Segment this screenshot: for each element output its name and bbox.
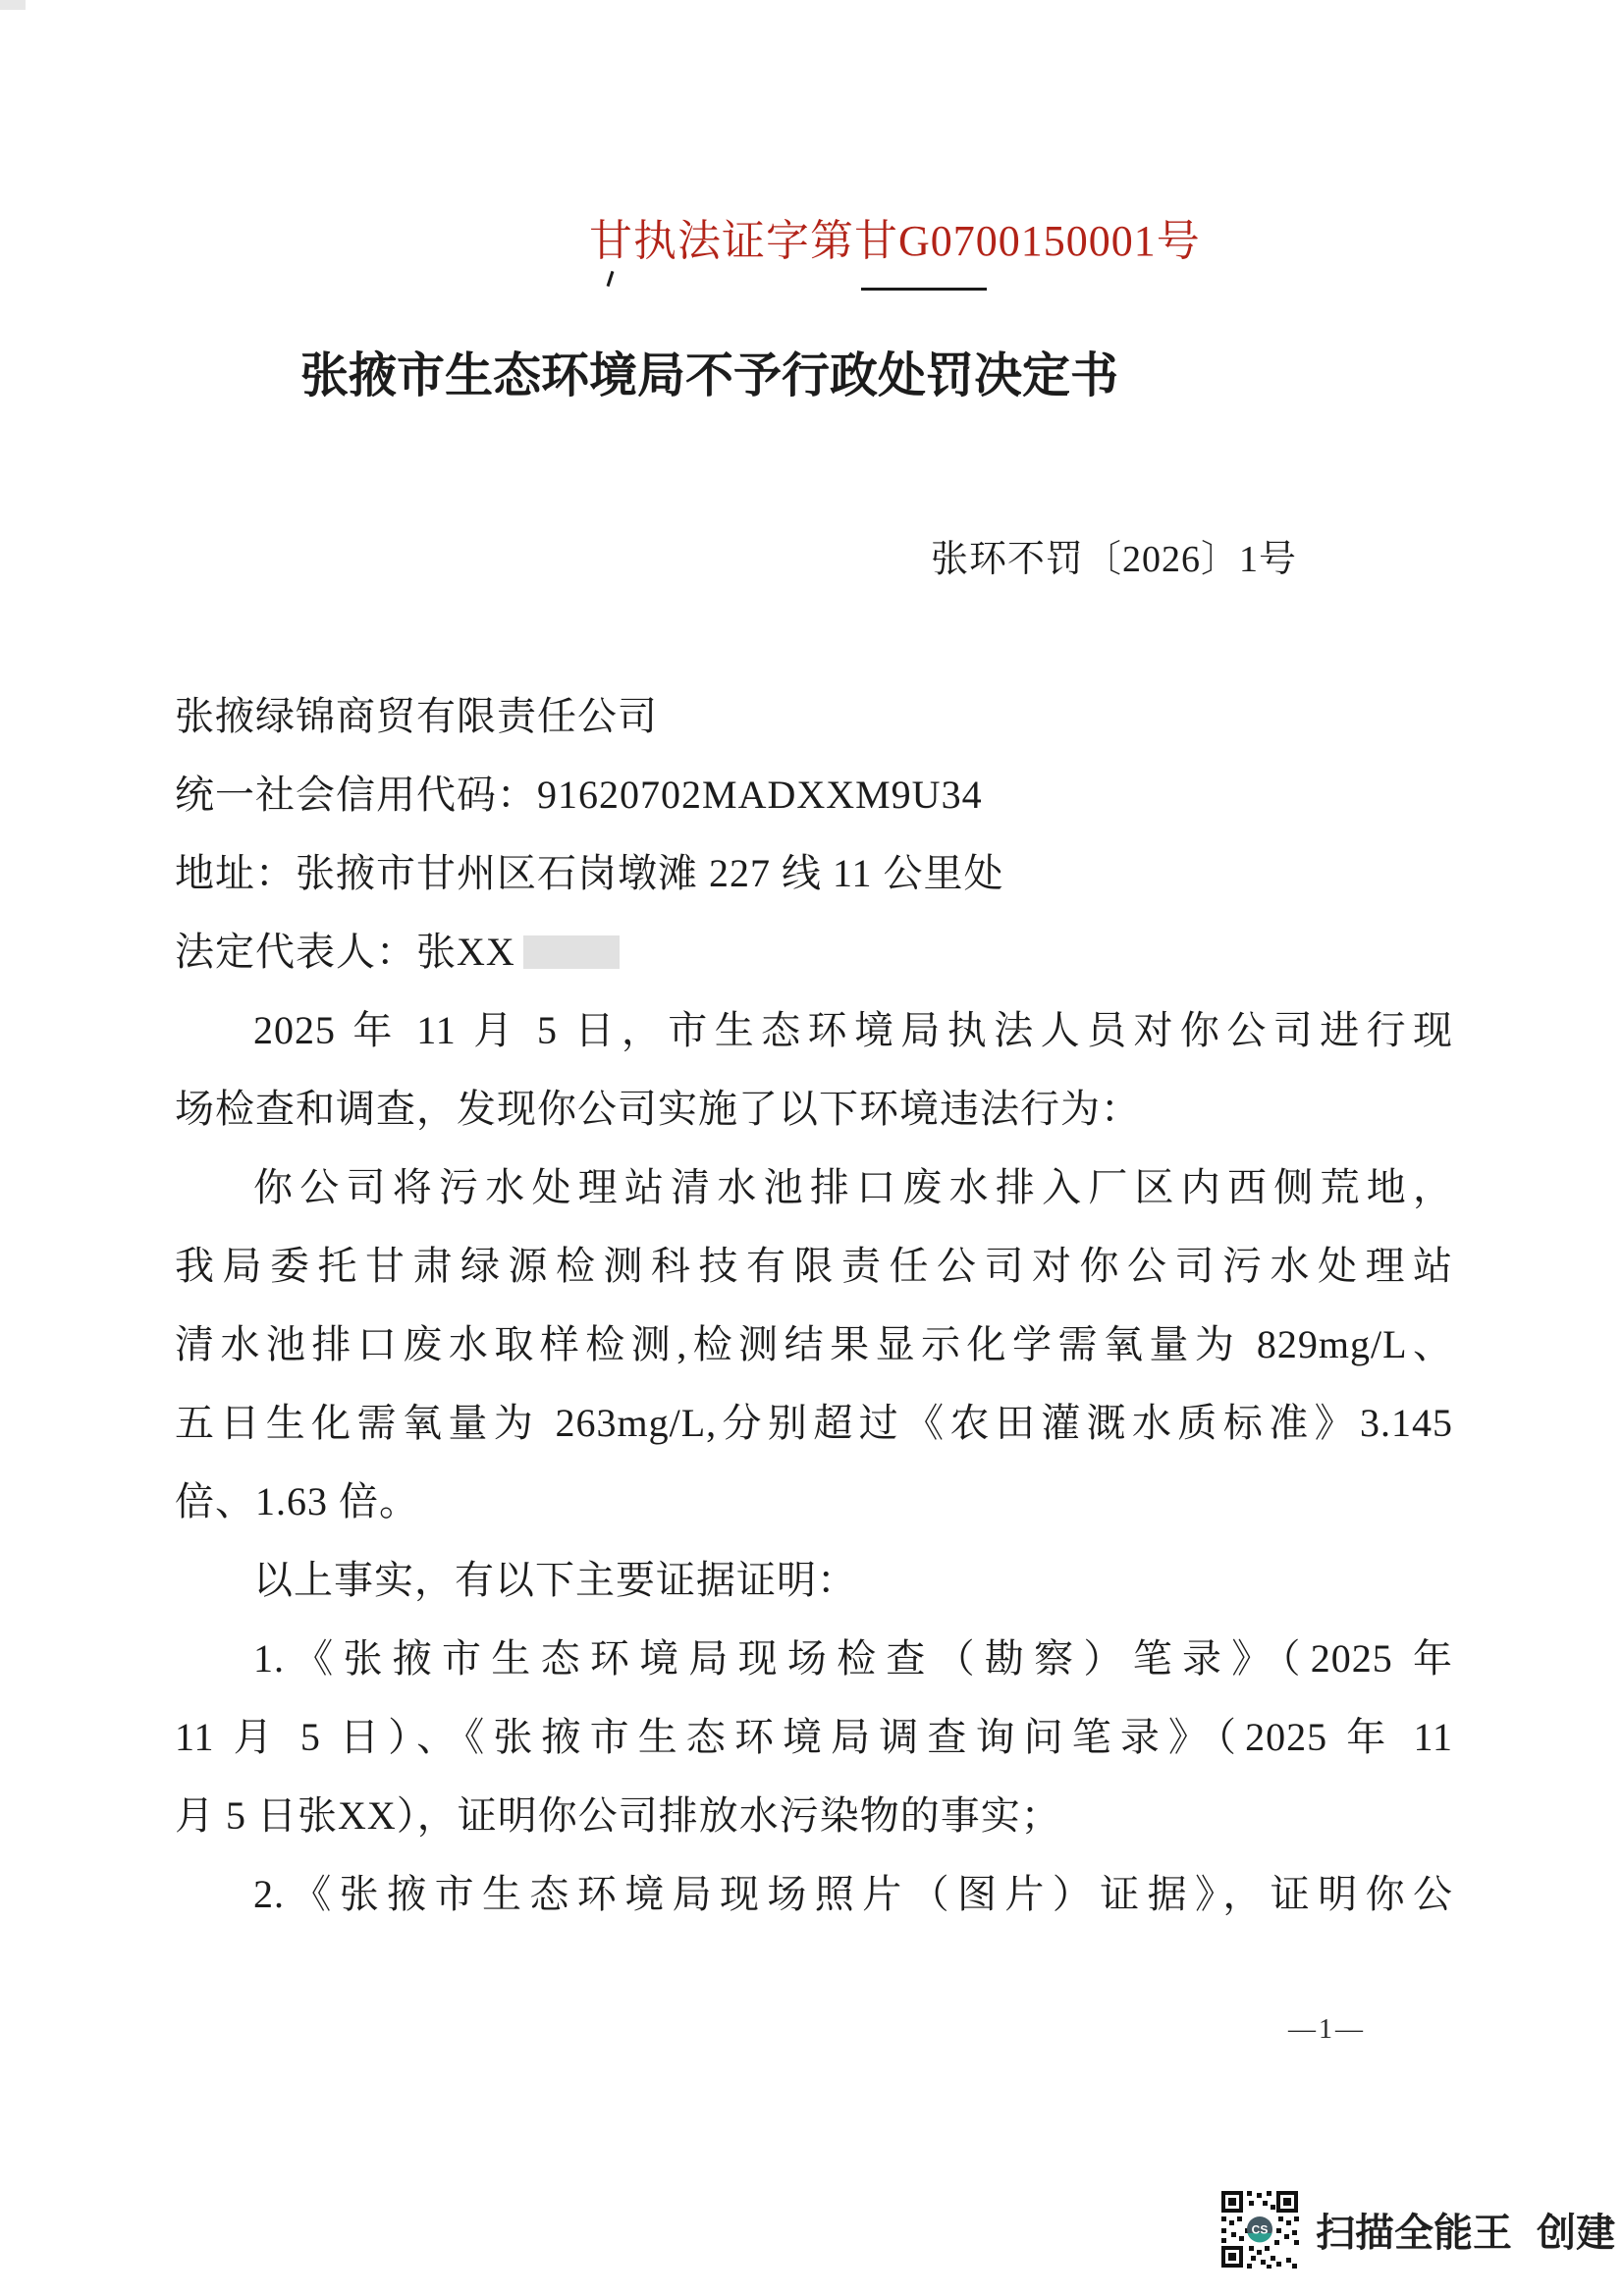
body-line: 五日生化需氧量为 263mg/L,分别超过《农田灌溉水质标准》3.145 (175, 1384, 1453, 1463)
body-line-address: 地址：张掖市甘州区石岗墩滩 227 线 11 公里处 (175, 834, 1453, 913)
legal-representative-text: 法定代表人：张XX (175, 930, 515, 974)
scanned-document-page: 甘执法证字第甘G0700150001号 张掖市生态环境局不予行政处罚决定书 张环… (0, 0, 1623, 2296)
scanner-app-label: 扫描全能王 创建 (1316, 2202, 1615, 2258)
scanner-watermark: CS 扫描全能王 创建 (1219, 2189, 1615, 2269)
document-reference-number: 张环不罚〔2026〕1号 (931, 536, 1297, 584)
body-line-company-name: 张掖绿锦商贸有限责任公司 (175, 677, 1453, 756)
body-line: 以上事实，有以下主要证据证明： (175, 1541, 1453, 1620)
scan-artifact (0, 0, 26, 10)
body-line: 11 月 5 日）、《张掖市生态环境局调查询问笔录》（2025 年 11 (175, 1698, 1453, 1777)
body-line-legal-representative: 法定代表人：张XX (175, 913, 1453, 991)
body-line: 月 5 日张XX），证明你公司排放水污染物的事实； (175, 1777, 1453, 1855)
body-line: 你公司将污水处理站清水池排口废水排入厂区内西侧荒地， (175, 1148, 1453, 1227)
qr-code-icon: CS (1219, 2189, 1300, 2269)
qr-cs-logo-text: CS (1252, 2223, 1269, 2237)
redaction-box (523, 935, 620, 969)
body-line-credit-code: 统一社会信用代码：91620702MADXXM9U34 (175, 756, 1453, 834)
body-line: 2025 年 11 月 5 日，市生态环境局执法人员对你公司进行现 (175, 991, 1453, 1070)
body-line: 清水池排口废水取样检测,检测结果显示化学需氧量为 829mg/L、 (175, 1306, 1453, 1384)
body-line: 倍、1.63 倍。 (175, 1463, 1453, 1541)
enforcement-certificate-stamp: 甘执法证字第甘G0700150001号 (589, 216, 1201, 268)
stamp-tick-mark (607, 271, 615, 287)
body-line-evidence-1: 1.《张掖市生态环境局现场检查（勘察）笔录》（2025 年 (175, 1620, 1453, 1698)
stamp-underline (861, 288, 987, 291)
body-line: 我局委托甘肃绿源检测科技有限责任公司对你公司污水处理站 (175, 1227, 1453, 1306)
body-line: 场检查和调查，发现你公司实施了以下环境违法行为： (175, 1070, 1453, 1148)
document-body: 张掖绿锦商贸有限责任公司 统一社会信用代码：91620702MADXXM9U34… (175, 677, 1453, 1934)
body-line-evidence-2: 2.《张掖市生态环境局现场照片（图片）证据》，证明你公 (175, 1855, 1453, 1934)
document-title: 张掖市生态环境局不予行政处罚决定书 (300, 346, 1118, 408)
page-number: —1— (1288, 2014, 1366, 2046)
